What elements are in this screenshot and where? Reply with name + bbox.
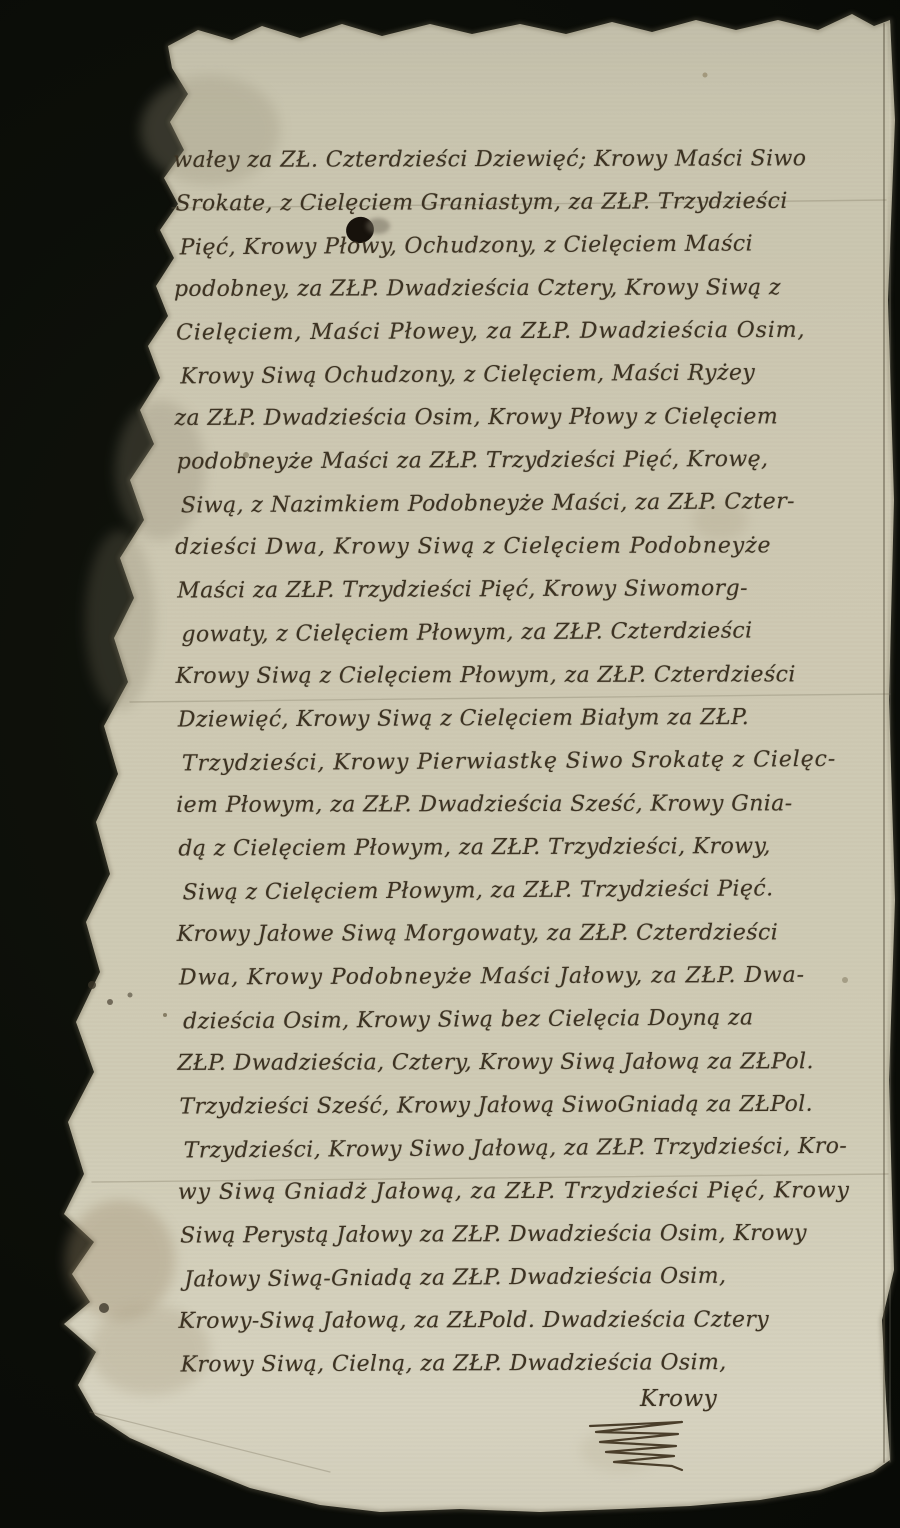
text-line: podobney, za ZŁP. Dwadzieścia Cztery, Kr… <box>174 266 874 311</box>
text-line: Siwą z Cielęciem Płowym, za ZŁP. Trzydzi… <box>182 867 882 915</box>
text-line: gowaty, z Cielęciem Płowym, za ZŁP. Czte… <box>181 609 881 657</box>
text-line: Siwą, z Nazimkiem Podobneyże Maści, za Z… <box>181 480 881 528</box>
text-line: Siwą Perystą Jałowy za ZŁP. Dwadzieścia … <box>180 1211 880 1257</box>
text-line: dzieścia Osim, Krowy Siwą bez Cielęcia D… <box>183 996 883 1044</box>
text-line: wy Siwą Gniadż Jałową, za ZŁP. Trzydzieś… <box>178 1169 878 1214</box>
text-line: iem Płowym, za ZŁP. Dwadzieścia Sześć, K… <box>176 782 876 827</box>
text-line: dą z Cielęciem Płowym, za ZŁP. Trzydzieś… <box>178 824 878 870</box>
text-line: podobneyże Maści za ZŁP. Trzydzieści Pię… <box>177 437 877 483</box>
manuscript-text: wałey za ZŁ. Czterdzieści Dziewięć; Krow… <box>175 136 880 1386</box>
text-line: za ZŁP. Dwadzieścia Osim, Krowy Płowy z … <box>174 395 874 440</box>
text-line: Krowy Siwą Ochudzony, z Cielęciem, Maści… <box>180 351 880 399</box>
text-line: Krowy Siwą, Cielną, za ZŁP. Dwadzieścia … <box>181 1340 881 1386</box>
text-line: wałey za ZŁ. Czterdzieści Dziewięć; Krow… <box>173 137 873 182</box>
text-line: Krowy Siwą z Cielęciem Płowym, za ZŁP. C… <box>176 653 876 698</box>
text-line: Trzydzieści, Krowy Pierwiastkę Siwo Srok… <box>182 738 882 786</box>
text-line: Jałowy Siwą-Gniadą za ZŁP. Dwadzieścia O… <box>184 1254 884 1302</box>
document-scan: wałey za ZŁ. Czterdzieści Dziewięć; Krow… <box>0 0 900 1528</box>
text-line: Krowy Jałowe Siwą Morgowaty, za ZŁP. Czt… <box>177 911 877 956</box>
text-line: Trzydzieści Sześć, Krowy Jałową SiwoGnia… <box>179 1082 879 1128</box>
text-line: Cielęciem, Maści Płowey, za ZŁP. Dwadzie… <box>176 308 876 354</box>
text-line: Dwa, Krowy Podobneyże Maści Jałowy, za Z… <box>179 953 879 999</box>
text-line: Pięć, Krowy Płowy, Ochudzony, z Cielęcie… <box>180 222 880 270</box>
text-line: Srokate, z Cielęciem Graniastym, za ZŁP.… <box>175 179 875 225</box>
text-line: Krowy-Siwą Jałową, za ZŁPold. Dwadzieści… <box>178 1298 878 1343</box>
flourish-zigzag-icon <box>586 1420 696 1472</box>
text-line: Maści za ZŁP. Trzydzieści Pięć, Krowy Si… <box>177 566 877 612</box>
text-line: ZŁP. Dwadzieścia, Cztery, Krowy Siwą Jał… <box>177 1040 877 1085</box>
catchword: Krowy <box>640 1386 717 1412</box>
text-line: Trzydzieści, Krowy Siwo Jałową, za ZŁP. … <box>184 1125 884 1173</box>
text-line: Dziewięć, Krowy Siwą z Cielęciem Białym … <box>178 695 878 741</box>
text-line: dzieści Dwa, Krowy Siwą z Cielęciem Podo… <box>175 524 875 569</box>
